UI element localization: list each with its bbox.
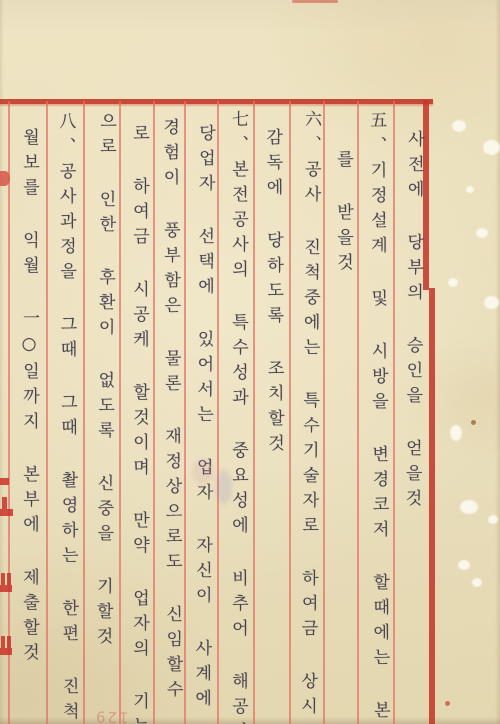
rule-line — [393, 101, 395, 724]
red-margin-mark — [0, 509, 13, 516]
handwriting-column: 월보를 익월 一○일까지 본부에 제출할것 — [17, 128, 42, 724]
red-margin-mark — [0, 585, 12, 592]
red-margin-mark — [0, 648, 12, 655]
manuscript-page: 사전에 당부의 승인을 얻을것 五、기정설계 및 시방을 변경코저 할때에는 본… — [0, 0, 500, 724]
ink-smudge — [216, 470, 232, 504]
red-margin-mark — [2, 497, 7, 509]
paper-speck — [445, 701, 450, 706]
paper-stain — [466, 186, 474, 193]
rule-line — [119, 101, 121, 724]
red-margin-mark — [0, 171, 10, 186]
paper-stain — [450, 425, 462, 441]
handwriting-column: 로 하여금 시공케 할것이며 만약 업자의 기능부족 — [127, 124, 152, 724]
paper-edge-left — [0, 0, 4, 724]
ink-smudge — [192, 458, 214, 484]
paper-speck — [471, 420, 476, 425]
handwriting-column: 七、본전공사의 특수성과 중요성에 비추어 해공사 담 — [226, 110, 251, 724]
form-right-border — [429, 288, 435, 724]
red-margin-mark — [0, 478, 9, 485]
red-margin-mark — [1, 636, 5, 648]
handwriting-column: 六、공사 진척중에는 특수기술자로 하여금 상시 그 지도 — [295, 110, 324, 724]
rule-line — [357, 101, 359, 724]
paper-stain — [472, 578, 482, 587]
red-margin-mark — [1, 573, 5, 585]
handwriting-column: 감독에 당하도록 조치할것 — [260, 128, 289, 724]
red-top-fragment — [292, 0, 338, 3]
paper-stain — [452, 120, 466, 132]
paper-edge-right — [495, 0, 500, 724]
handwriting-column: 으로 인한 후환이 없도록 신중을 기할것 — [90, 112, 119, 724]
rule-line — [289, 101, 291, 724]
paper-stain — [488, 515, 498, 524]
handwriting-column: 五、기정설계 및 시방을 변경코저 할때에는 본부의 허가 — [364, 111, 393, 724]
handwriting-column: 를 받을것 — [331, 150, 356, 724]
handwriting-column: 경험이 풍부함은 물론 재정상으로도 신임할수 있는자 — [157, 118, 186, 724]
paper-stain — [448, 278, 458, 287]
paper-stain — [484, 296, 499, 309]
handwriting-column: 八、공사과정을 그때 그때 촬영하는 한편 진척사항 — [53, 112, 82, 724]
handwriting-column: 사전에 당부의 승인을 얻을것 — [398, 130, 427, 724]
rule-line — [83, 101, 85, 724]
paper-stain — [458, 560, 470, 570]
paper-edge-top — [0, 0, 500, 34]
paper-stain — [483, 140, 500, 155]
faint-page-number: 129 — [94, 707, 129, 724]
handwriting-column: 당업자 선택에 있어서는 업자 자신이 사계에 기술과 — [189, 124, 218, 724]
paper-stain — [460, 500, 478, 514]
red-margin-mark — [7, 636, 11, 648]
paper-stain — [476, 228, 488, 238]
rule-line — [253, 101, 255, 724]
rule-line — [46, 101, 48, 724]
rule-line — [8, 101, 10, 724]
red-margin-mark — [7, 573, 11, 585]
rule-line — [153, 101, 155, 724]
